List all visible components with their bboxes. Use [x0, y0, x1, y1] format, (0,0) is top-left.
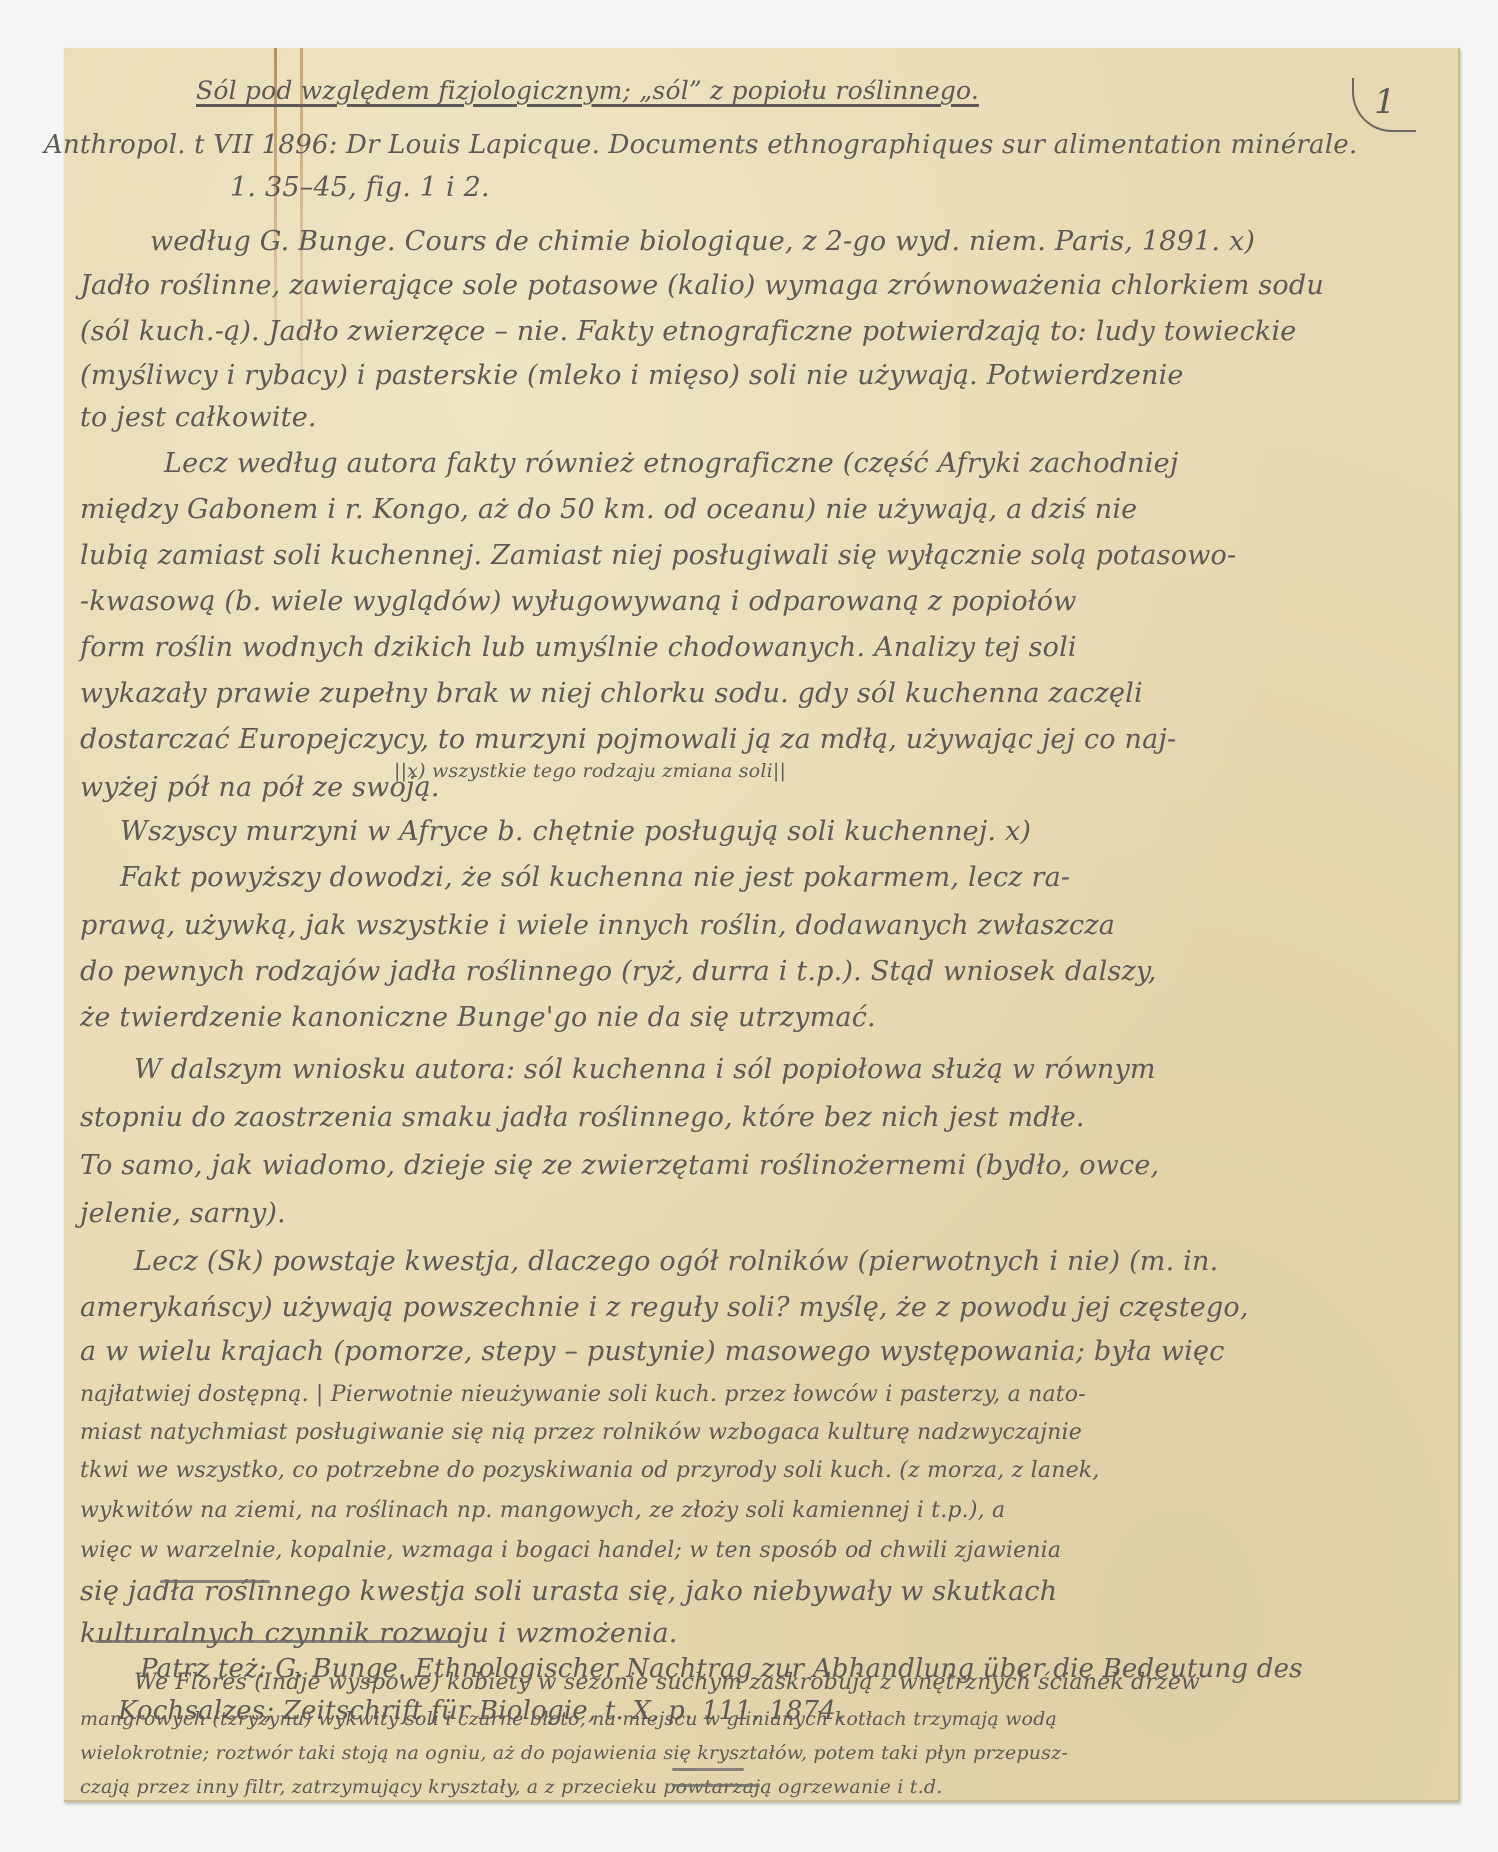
line: że twierdzenie kanoniczne Bunge'go nie d…: [80, 1002, 876, 1033]
manuscript-page: 1 Sól pod względem fizjologicznym; „sól”…: [64, 48, 1460, 1802]
line: czają przez inny filtr, zatrzymujący kry…: [80, 1776, 943, 1798]
page-title: Sól pod względem fizjologicznym; „sól” z…: [196, 76, 979, 105]
line: (myśliwcy i rybacy) i pasterskie (mleko …: [80, 360, 1184, 391]
line: Lecz (Sk) powstaje kwestja, dlaczego ogó…: [134, 1246, 1218, 1277]
line-ref1b: 1. 35–45, fig. 1 i 2.: [230, 172, 490, 203]
line: według G. Bunge. Cours de chimie biologi…: [150, 226, 1255, 257]
end-mark-top: [672, 1768, 744, 1771]
line: dostarczać Europejczycy, to murzyni pojm…: [80, 724, 1176, 755]
line: amerykańscy) używają powszechnie i z reg…: [80, 1292, 1249, 1323]
line: kulturalnych czynnik rozwoju i wzmożenia…: [80, 1618, 678, 1649]
line: najłatwiej dostępną. | Pierwotnie nieuży…: [80, 1382, 1086, 1407]
line: form roślin wodnych dzikich lub umyślnie…: [80, 632, 1077, 663]
line: Wszyscy murzyni w Afryce b. chętnie posł…: [120, 816, 1031, 847]
line-ref1: Anthropol. t VII 1896: Dr Louis Lapicque…: [44, 130, 1357, 160]
line: miast natychmiast posługiwanie się nią p…: [80, 1420, 1082, 1445]
line: lubią zamiast soli kuchennej. Zamiast ni…: [80, 540, 1236, 571]
line: Jadło roślinne, zawierające sole potasow…: [80, 270, 1324, 301]
footnote-line-2: Kochsalzes; Zeitschrift für Biologie, t.…: [118, 1696, 844, 1726]
line: (sól kuch.-ą). Jadło zwierzęce – nie. Fa…: [80, 316, 1296, 347]
section-divider: [160, 1580, 270, 1583]
line: prawą, używką, jak wszystkie i wiele inn…: [80, 910, 1115, 941]
line: stopniu do zaostrzenia smaku jadła rośli…: [80, 1102, 1085, 1133]
line: Fakt powyższy dowodzi, że sól kuchenna n…: [120, 862, 1070, 893]
line: To samo, jak wiadomo, dzieje się ze zwie…: [80, 1150, 1159, 1181]
line: między Gabonem i r. Kongo, aż do 50 km. …: [80, 494, 1137, 525]
footnote-divider: [95, 1640, 460, 1643]
line: wielokrotnie; roztwór taki stoją na ogni…: [80, 1742, 1068, 1764]
footnote-line-1: Patrz też: G. Bunge. Ethnologischer Nach…: [140, 1654, 1303, 1684]
line: jelenie, sarny).: [80, 1198, 286, 1229]
line: więc w warzelnie, kopalnie, wzmaga i bog…: [80, 1538, 1061, 1563]
inline-note: ||x) wszystkie tego rodzaju zmiana soli|…: [394, 760, 786, 782]
line: W dalszym wniosku autora: sól kuchenna i…: [134, 1054, 1156, 1085]
end-mark-bottom: [672, 1784, 760, 1787]
line: wykwitów na ziemi, na roślinach np. mang…: [80, 1498, 1005, 1523]
line: tkwi we wszystko, co potrzebne do pozysk…: [80, 1458, 1100, 1483]
page-number: 1: [1352, 78, 1416, 132]
line: do pewnych rodzajów jadła roślinnego (ry…: [80, 956, 1157, 987]
line: -kwasową (b. wiele wyglądów) wyługowywan…: [80, 586, 1077, 617]
line: to jest całkowite.: [80, 402, 317, 433]
line: wyżej pół na pół ze swoją.: [80, 772, 440, 803]
line: a w wielu krajach (pomorze, stepy – pust…: [80, 1336, 1225, 1367]
line: wykazały prawie zupełny brak w niej chlo…: [80, 678, 1143, 709]
line: Lecz według autora fakty również etnogra…: [164, 448, 1178, 479]
